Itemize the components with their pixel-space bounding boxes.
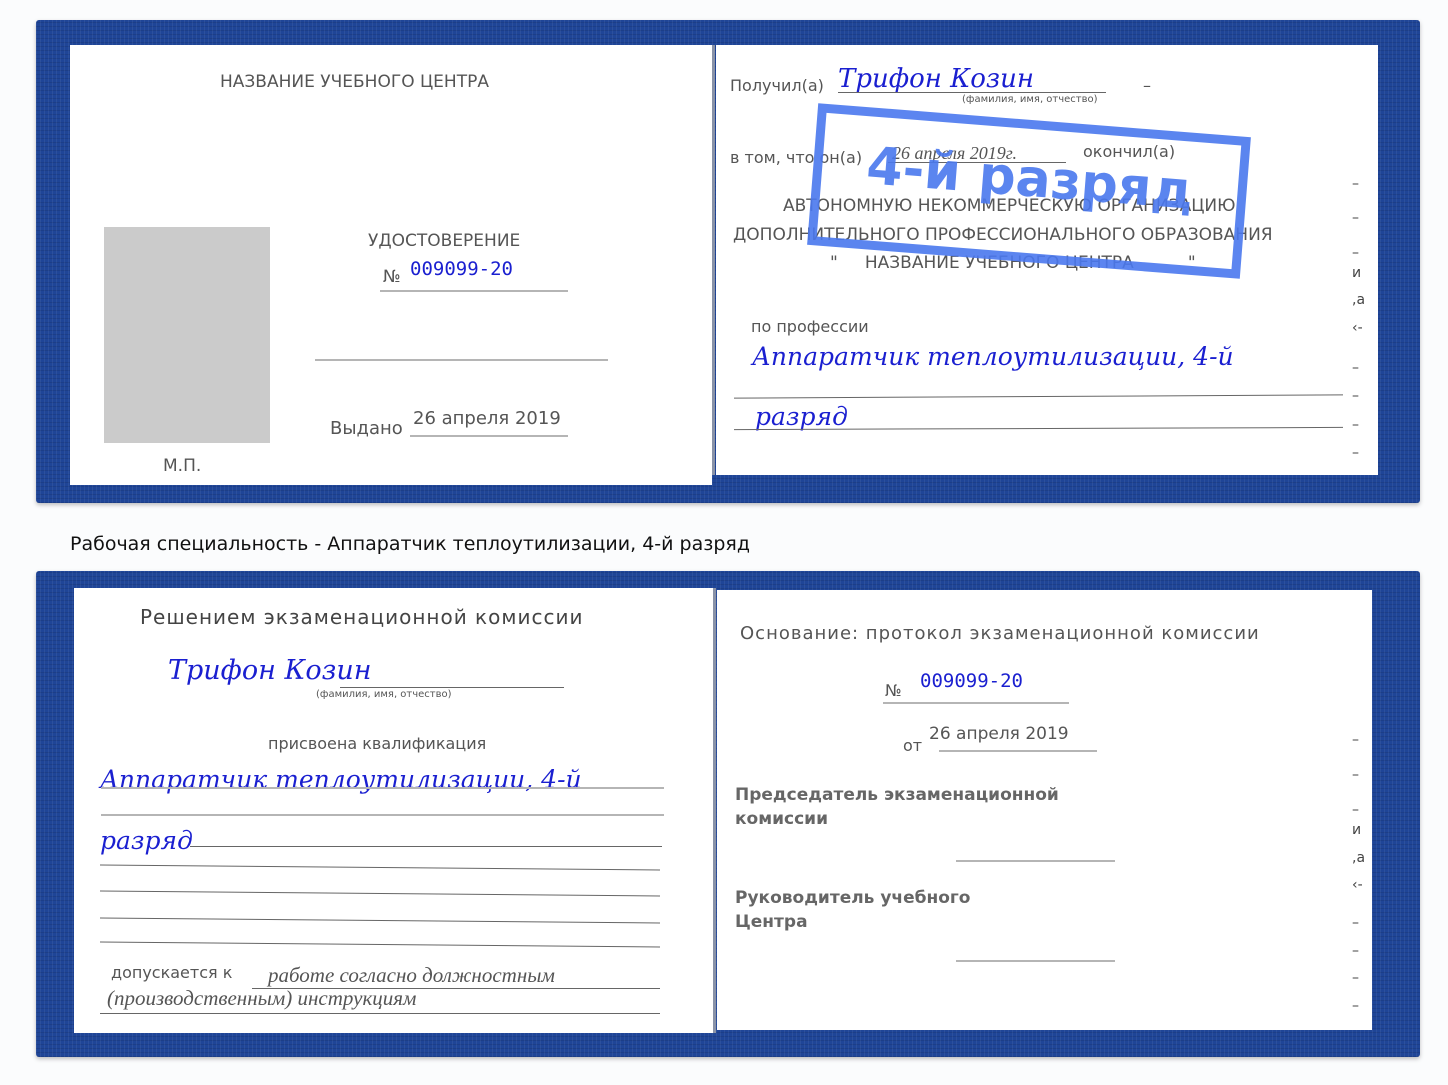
edge-mark: –	[1352, 245, 1359, 261]
profession-label: по профессии	[751, 317, 869, 336]
number-underline	[380, 290, 568, 292]
qualification-line-1: Аппаратчик теплоутилизации, 4-й	[100, 765, 582, 794]
qualification-underline-3	[190, 846, 662, 847]
person-name-underline	[340, 687, 564, 688]
person-name: Трифон Козин	[168, 655, 372, 686]
head-title-2: Центра	[735, 912, 808, 932]
issued-label: Выдано	[330, 418, 403, 439]
grade-stamp-text: 4-й разряд	[820, 133, 1239, 225]
edge-mark: –	[1352, 360, 1359, 376]
from-label: от	[903, 736, 922, 755]
photo-placeholder	[104, 227, 270, 443]
recipient-dash: –	[1143, 76, 1151, 95]
edge-mark: –	[1352, 998, 1359, 1014]
admitted-label: допускается к	[111, 963, 232, 982]
protocol-number: 009099-20	[920, 670, 1023, 692]
edge-mark: –	[1352, 210, 1359, 226]
edge-mark: и	[1352, 265, 1361, 281]
chairman-title-1: Председатель экзаменационной	[735, 785, 1059, 805]
blank-underline	[315, 359, 608, 361]
admitted-line-1: работе согласно должностным	[268, 963, 555, 988]
protocol-number-label: №	[885, 681, 902, 700]
edge-mark: –	[1352, 417, 1359, 433]
recipient-name: Трифон Козин	[838, 64, 1034, 94]
assigned-label: присвоена квалификация	[268, 734, 486, 753]
admitted-underline-2	[100, 1013, 660, 1014]
recipient-name-hint: (фамилия, имя, отчество)	[962, 94, 1098, 105]
edge-mark: –	[1352, 445, 1359, 461]
edge-mark: –	[1352, 970, 1359, 986]
edge-mark: ,а	[1352, 292, 1365, 308]
edge-mark: –	[1352, 388, 1359, 404]
chairman-title-2: комиссии	[735, 809, 828, 829]
edge-mark: –	[1352, 176, 1359, 192]
profession-line-1: Аппаратчик теплоутилизации, 4-й	[752, 342, 1234, 371]
head-signature-line	[956, 960, 1115, 962]
qualification-spine	[713, 588, 716, 1033]
chairman-signature-line	[956, 860, 1115, 862]
number-label: №	[383, 267, 401, 287]
qualification-underline-2	[101, 814, 664, 816]
edge-mark: –	[1352, 943, 1359, 959]
edge-mark: ‹-	[1352, 320, 1363, 336]
certificate-number: 009099-20	[410, 258, 513, 280]
person-name-hint: (фамилия, имя, отчество)	[316, 689, 452, 700]
center-name: НАЗВАНИЕ УЧЕБНОГО ЦЕНТРА	[220, 72, 489, 92]
issued-underline	[410, 435, 568, 437]
edge-mark: ‹-	[1352, 877, 1363, 893]
edge-mark: и	[1352, 822, 1361, 838]
edge-mark: –	[1352, 802, 1359, 818]
received-label: Получил(а)	[730, 76, 824, 95]
qualification-underline-1	[101, 787, 664, 789]
edge-mark: –	[1352, 732, 1359, 748]
protocol-date-underline	[939, 750, 1097, 752]
recipient-underline	[838, 92, 1106, 93]
certificate-spine	[712, 45, 715, 475]
basis-label: Основание: протокол экзаменационной коми…	[740, 623, 1260, 644]
qualification-line-2: разряд	[100, 826, 193, 855]
admitted-line-2: (производственным) инструкциям	[107, 986, 416, 1011]
protocol-number-underline	[883, 702, 1069, 704]
document-title: УДОСТОВЕРЕНИЕ	[368, 231, 520, 251]
decision-title: Решением экзаменационной комиссии	[140, 605, 583, 629]
edge-mark: –	[1352, 915, 1359, 931]
specialty-caption: Рабочая специальность - Аппаратчик тепло…	[70, 533, 750, 555]
profession-line-2: разряд	[755, 402, 848, 431]
head-title-1: Руководитель учебного	[735, 888, 970, 908]
issued-date: 26 апреля 2019	[413, 408, 561, 429]
edge-mark: ,а	[1352, 850, 1365, 866]
stamp-place: М.П.	[163, 456, 201, 476]
protocol-date: 26 апреля 2019	[929, 724, 1069, 744]
edge-mark: –	[1352, 767, 1359, 783]
